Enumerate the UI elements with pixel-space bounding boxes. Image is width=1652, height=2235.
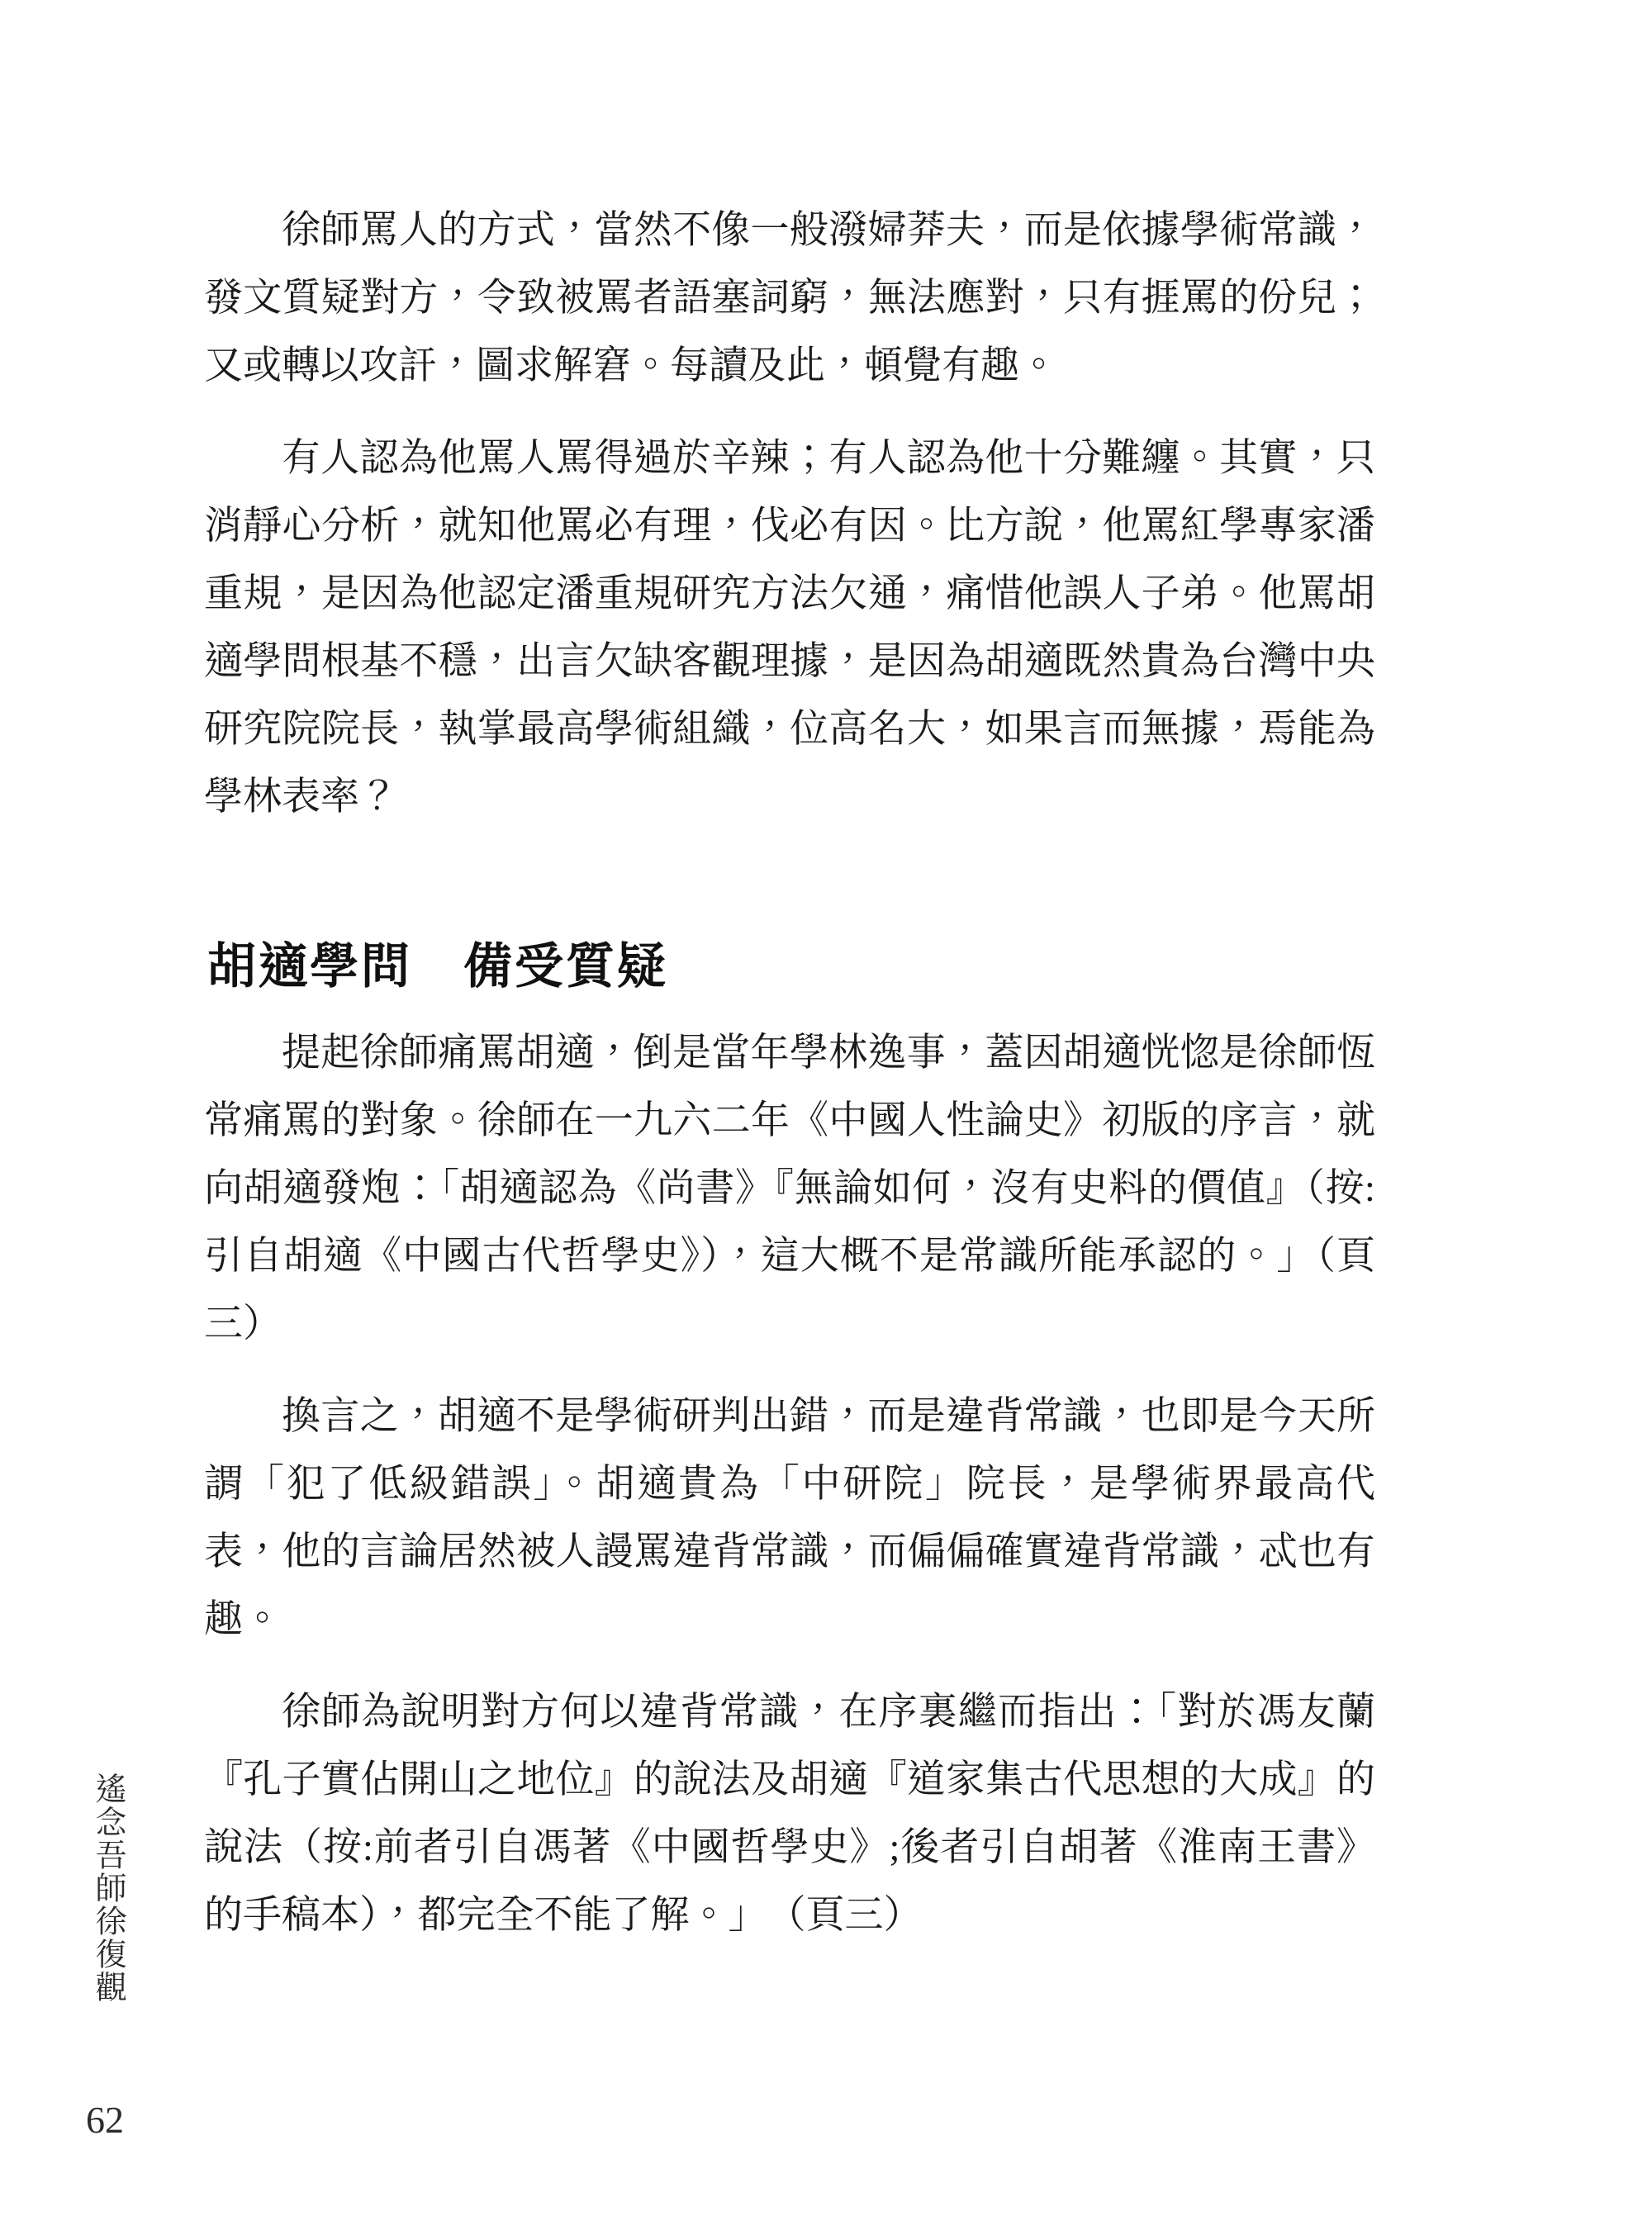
book-title-vertical: 遙念吾師徐復觀 xyxy=(85,1772,131,2004)
body-paragraph-4: 換言之，胡適不是學術研判出錯，而是違背常識，也即是今天所謂「犯了低級錯誤」。胡適… xyxy=(204,1383,1375,1654)
body-paragraph-2: 有人認為他罵人罵得過於辛辣；有人認為他十分難纏。其實，只消靜心分析，就知他罵必有… xyxy=(204,425,1375,831)
page-content: 徐師罵人的方式，當然不像一般潑婦莽夫，而是依據學術常識，發文質疑對方，令致被罵者… xyxy=(204,197,1375,1974)
page-number: 62 xyxy=(86,2098,124,2142)
body-paragraph-3: 提起徐師痛罵胡適，倒是當年學林逸事，蓋因胡適恍惚是徐師恆常痛罵的對象。徐師在一九… xyxy=(204,1019,1375,1358)
section-heading: 胡適學問 備受質疑 xyxy=(207,935,1375,998)
body-paragraph-1: 徐師罵人的方式，當然不像一般潑婦莽夫，而是依據學術常識，發文質疑對方，令致被罵者… xyxy=(204,197,1375,400)
book-page: 徐師罵人的方式，當然不像一般潑婦莽夫，而是依據學術常識，發文質疑對方，令致被罵者… xyxy=(0,0,1652,2235)
body-paragraph-5: 徐師為說明對方何以違背常識，在序裏繼而指出：「對於馮友蘭『孔子實佔開山之地位』的… xyxy=(204,1678,1375,1949)
